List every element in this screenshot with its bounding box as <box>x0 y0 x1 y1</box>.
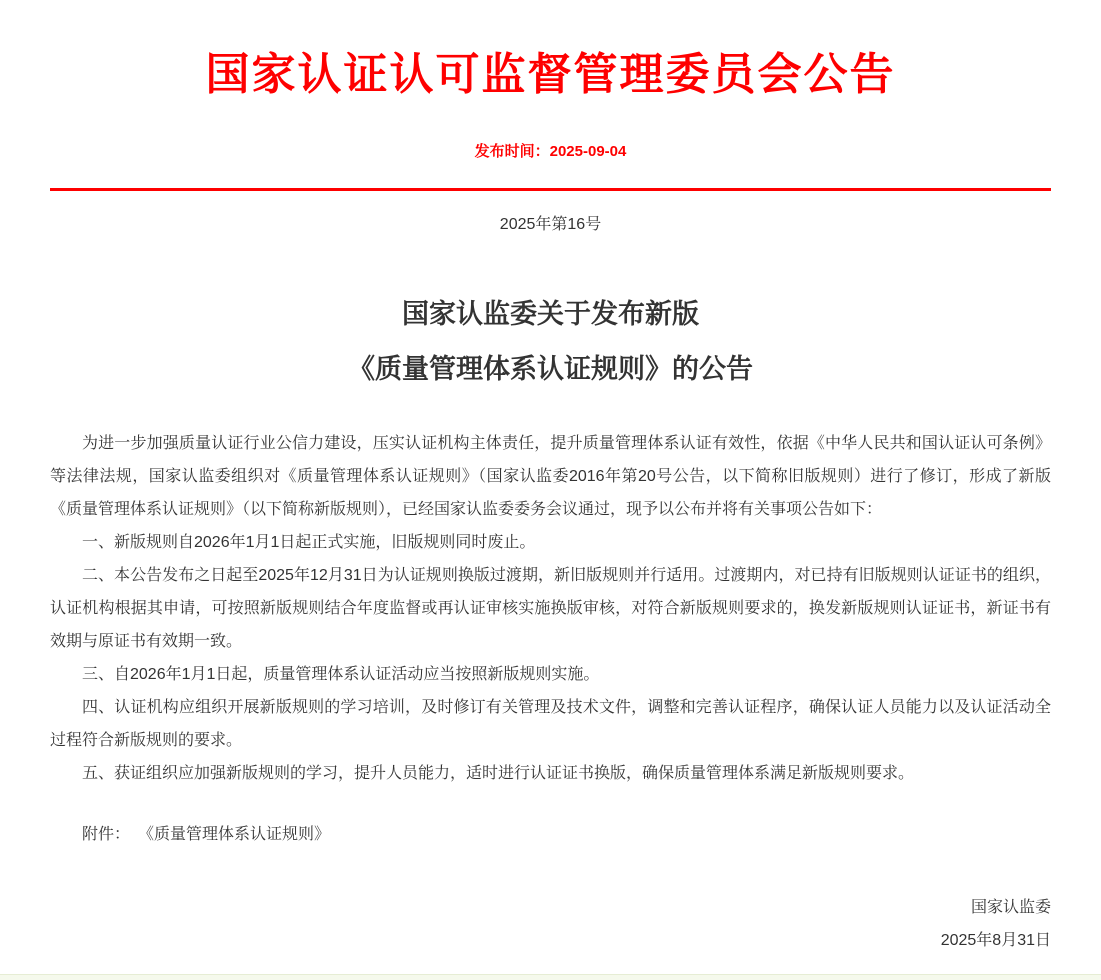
page-title: 国家认证认可监督管理委员会公告 <box>50 0 1051 100</box>
attachment-line: 附件：《质量管理体系认证规则》 <box>50 818 1051 851</box>
sign-date: 2025年8月31日 <box>50 924 1051 957</box>
body-paragraph-item5: 五、获证组织应加强新版规则的学习，提升人员能力，适时进行认证证书换版，确保质量管… <box>50 757 1051 790</box>
announcement-content: 国家认证认可监督管理委员会公告 发布时间：2025-09-04 2025年第16… <box>50 0 1051 957</box>
attachment-name: 《质量管理体系认证规则》 <box>146 826 330 843</box>
body-paragraph-item3: 三、自2026年1月1日起，质量管理体系认证活动应当按照新版规则实施。 <box>50 658 1051 691</box>
document-heading-line2: 《质量管理体系认证规则》的公告 <box>348 354 753 384</box>
document-heading: 国家认监委关于发布新版 《质量管理体系认证规则》的公告 <box>50 287 1051 397</box>
document-heading-line1: 国家认监委关于发布新版 <box>402 299 699 329</box>
body-paragraph-item1: 一、新版规则自2026年1月1日起正式实施，旧版规则同时废止。 <box>50 526 1051 559</box>
publish-time: 发布时间：2025-09-04 <box>50 142 1051 162</box>
signer: 国家认监委 <box>50 891 1051 924</box>
body-paragraph-intro: 为进一步加强质量认证行业公信力建设，压实认证机构主体责任，提升质量管理体系认证有… <box>50 427 1051 526</box>
announcement-page: 国家认证认可监督管理委员会公告 发布时间：2025-09-04 2025年第16… <box>0 0 1101 980</box>
body-paragraph-item4: 四、认证机构应组织开展新版规则的学习培训，及时修订有关管理及技术文件，调整和完善… <box>50 691 1051 757</box>
signature-block: 国家认监委 2025年8月31日 <box>50 891 1051 957</box>
footer-strip <box>0 974 1101 980</box>
body-paragraph-item2: 二、本公告发布之日起至2025年12月31日为认证规则换版过渡期，新旧版规则并行… <box>50 559 1051 658</box>
red-divider <box>50 188 1051 191</box>
document-body: 为进一步加强质量认证行业公信力建设，压实认证机构主体责任，提升质量管理体系认证有… <box>50 427 1051 790</box>
attachment-label: 附件： <box>82 826 130 843</box>
issue-number: 2025年第16号 <box>50 215 1051 235</box>
